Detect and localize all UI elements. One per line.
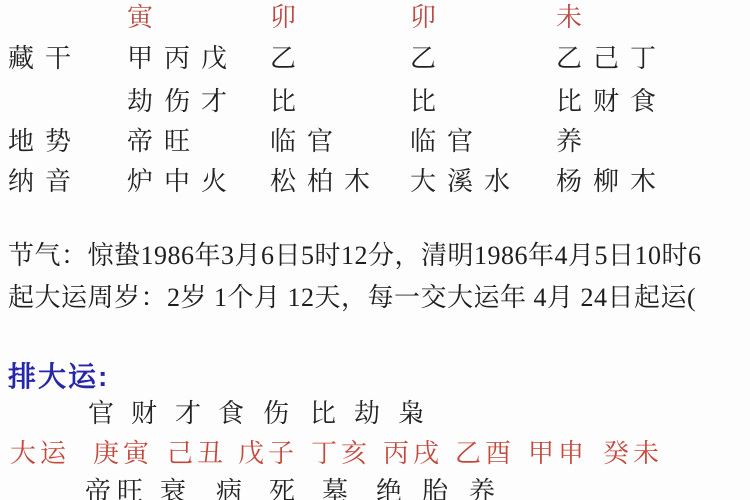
dayun-shishen-6: 比 [310, 399, 336, 427]
dayun-changsheng-2: 衰 [160, 477, 192, 500]
dayun-shishen-3: 才 [175, 399, 201, 427]
canggan-label: 藏干 [8, 43, 127, 73]
hidden-shishen-pillar-1: 劫伤才 [127, 86, 270, 116]
dayun-shishen-4: 食 [218, 399, 244, 427]
nayin-pillar-4: 杨柳木 [556, 166, 750, 196]
dayun-shishen-1: 官 [88, 399, 114, 427]
branch-pillar-2: 卯 [270, 2, 410, 32]
dayun-shishen-8: 枭 [398, 399, 424, 427]
dayun-changsheng-8: 养 [469, 477, 501, 500]
dayun-pillar-1: 庚寅 [93, 439, 153, 467]
dayun-pillar-5: 丙戌 [383, 439, 443, 467]
nayin-pillar-2: 松柏木 [270, 166, 410, 196]
qiyun-line: 起大运周岁：2岁 1个月 12天，每一交大运年 4月 24日起运( [8, 283, 696, 313]
jieqi-line: 节气：惊蛰1986年3月6日5时12分，清明1986年4月5日10时6 [8, 241, 702, 271]
dayun-pillar-3: 戊子 [238, 439, 298, 467]
nayin-row: 纳音 炉中火 松柏木 大溪水 杨柳木 [8, 166, 750, 196]
dayun-changsheng-1: 帝旺 [85, 477, 149, 500]
dishi-pillar-1: 帝旺 [127, 126, 270, 156]
dayun-changsheng-7: 胎 [422, 477, 454, 500]
dayun-shishen-2: 财 [131, 399, 157, 427]
nayin-pillar-3: 大溪水 [410, 166, 556, 196]
hidden-shishen-label [8, 86, 127, 116]
dayun-pillar-2: 己丑 [167, 439, 227, 467]
canggan-pillar-1: 甲丙戊 [127, 43, 270, 73]
dayun-shishen-5: 伤 [263, 399, 289, 427]
dishi-pillar-3: 临官 [410, 126, 556, 156]
branches-row: 寅 卯 卯 未 [8, 2, 750, 32]
branches-row-label-spacer [8, 2, 127, 32]
dayun-pillar-8: 癸未 [603, 439, 663, 467]
dayun-shishen-7: 劫 [354, 399, 380, 427]
dayun-pillar-7: 甲申 [528, 439, 588, 467]
hidden-shishen-pillar-3: 比 [410, 86, 556, 116]
canggan-pillar-3: 乙 [410, 43, 556, 73]
dayun-changsheng-6: 绝 [376, 477, 408, 500]
canggan-pillar-4: 乙己丁 [556, 43, 750, 73]
dayun-pillar-4: 丁亥 [311, 439, 371, 467]
branch-pillar-1: 寅 [127, 2, 270, 32]
canggan-row: 藏干 甲丙戊 乙 乙 乙己丁 [8, 43, 750, 73]
hidden-shishen-pillar-2: 比 [270, 86, 410, 116]
dayun-changsheng-4: 死 [269, 477, 301, 500]
dayun-changsheng-3: 病 [216, 477, 248, 500]
dishi-row: 地势 帝旺 临官 临官 养 [8, 126, 750, 156]
branch-pillar-4: 未 [556, 2, 750, 32]
hidden-shishen-row: 劫伤才 比 比 比财食 [8, 86, 750, 116]
dishi-pillar-2: 临官 [270, 126, 410, 156]
nayin-pillar-1: 炉中火 [127, 166, 270, 196]
dishi-label: 地势 [8, 126, 127, 156]
branch-pillar-3: 卯 [410, 2, 556, 32]
bazi-chart-page: 寅 卯 卯 未 藏干 甲丙戊 乙 乙 乙己丁 劫伤才 比 比 比财食 地势 帝旺… [0, 0, 750, 500]
dayun-heading: 排大运: [8, 355, 109, 395]
canggan-pillar-2: 乙 [270, 43, 410, 73]
dayun-pillar-6: 乙酉 [455, 439, 515, 467]
nayin-label: 纳音 [8, 166, 127, 196]
dayun-label: 大运 [10, 439, 70, 467]
dayun-changsheng-5: 墓 [322, 477, 354, 500]
dishi-pillar-4: 养 [556, 126, 750, 156]
hidden-shishen-pillar-4: 比财食 [556, 86, 750, 116]
